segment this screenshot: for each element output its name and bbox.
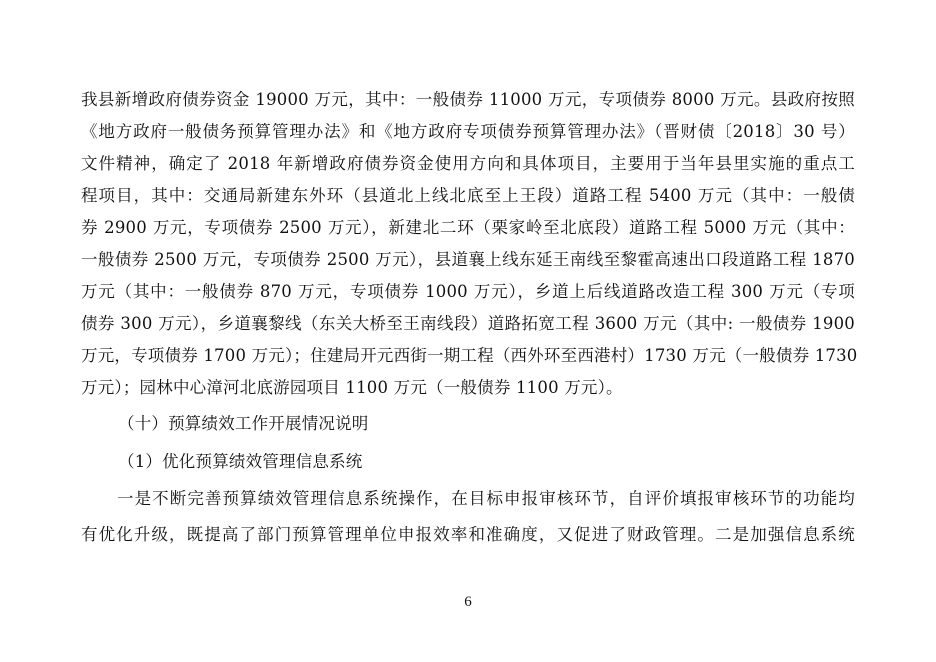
text-line: 一是不断完善预算绩效管理信息系统操作，在目标申报审核环节，自评价填报审核环节的功… <box>117 489 855 509</box>
document-page: 我县新增政府债券资金 19000 万元，其中：一般债券 11000 万元，专项债… <box>0 0 936 662</box>
text-line: 万元）；园林中心漳河北底游园项目 1100 万元（一般债券 1100 万元）。 <box>81 378 855 398</box>
section-heading: （十）预算绩效工作开展情况说明 <box>118 414 855 434</box>
text-line: 万元（其中：一般债券 870 万元，专项债券 1000 万元），乡道上后线道路改… <box>81 282 855 302</box>
text-line: 一般债券 2500 万元，专项债券 2500 万元），县道襄上线东延王南线至黎霍… <box>81 250 855 270</box>
text-line: 有优化升级，既提高了部门预算管理单位申报效率和准确度，又促进了财政管理。二是加强… <box>81 525 855 545</box>
text-line: 万元，专项债券 1700 万元）；住建局开元西街一期工程（西外环至西港村）173… <box>81 346 855 366</box>
subsection-heading: （1）优化预算绩效管理信息系统 <box>118 452 855 472</box>
page-number: 6 <box>0 594 936 611</box>
text-line: 债券 300 万元），乡道襄黎线（东关大桥至王南线段）道路拓宽工程 3600 万… <box>81 314 855 334</box>
text-line: 文件精神，确定了 2018 年新增政府债券资金使用方向和具体项目，主要用于当年县… <box>81 154 855 174</box>
text-line: 券 2900 万元，专项债券 2500 万元），新建北二环（栗家岭至北底段）道路… <box>81 218 855 238</box>
text-line: 程项目，其中：交通局新建东外环（县道北上线北底至上王段）道路工程 5400 万元… <box>81 186 855 206</box>
text-line: 《地方政府一般债务预算管理办法》和《地方政府专项债券预算管理办法》（晋财债〔20… <box>81 122 855 142</box>
text-line: 我县新增政府债券资金 19000 万元，其中：一般债券 11000 万元，专项债… <box>81 90 855 110</box>
